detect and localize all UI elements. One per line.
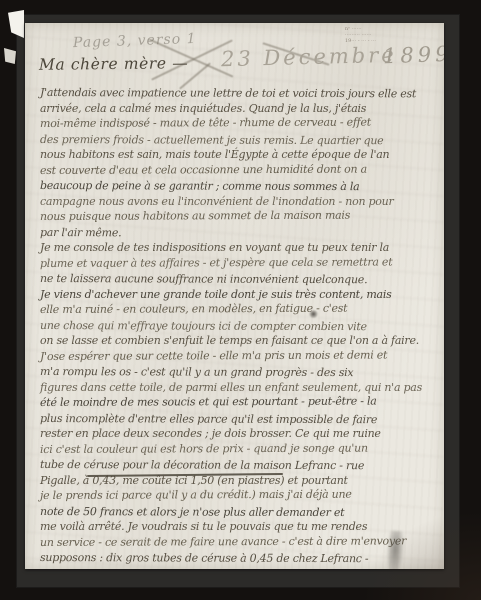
manuscript-line: je le prends ici parce qu'il y a du créd… (40, 486, 438, 503)
manuscript-line: est couverte d'eau et cela occasionne un… (40, 161, 438, 178)
letter-body: J'attendais avec impatience une lettre d… (40, 85, 438, 566)
manuscript-line: été le moindre de mes soucis et qui est … (40, 393, 438, 410)
photographed-letter-scene: Page 3, verso 1 nᵒ ⋯⋯ ⋯⋯⋯ ⋯⋯ 19⋯ - ⋯ - ⋯… (0, 0, 481, 600)
manuscript-line: par l'air même. (40, 225, 438, 242)
letter-page: Page 3, verso 1 nᵒ ⋯⋯ ⋯⋯⋯ ⋯⋯ 19⋯ - ⋯ - ⋯… (25, 23, 444, 569)
manuscript-line: Je me console de tes indispositions en v… (40, 240, 438, 256)
date-year: 1899 (383, 42, 444, 68)
manuscript-line: elle m'a ruiné - en couleurs, en modèles… (40, 300, 438, 317)
manuscript-line: un service - ce serait de me faire une a… (40, 533, 438, 550)
manuscript-line: m'a rompu les os - c'est qu'il y a un gr… (40, 364, 438, 381)
manuscript-line: tube de céruse pour la décoration de la … (40, 457, 438, 474)
manuscript-line: supposons : dix gros tubes de céruse à 0… (40, 550, 438, 567)
ink-blot (309, 310, 318, 318)
manuscript-line: note de 50 francs et alors je n'ose plus… (40, 504, 438, 521)
manuscript-line: plus incomplète d'entre elles parce qu'i… (40, 411, 438, 428)
manuscript-line: une chose qui m'effraye toujours ici de … (40, 318, 438, 335)
manuscript-line: beaucoup de peine à se garantir ; comme … (40, 178, 438, 195)
pencil-page-note: Page 3, verso 1 (73, 31, 197, 51)
manuscript-line: me voilà arrêté. Je voudrais si tu le po… (40, 519, 438, 535)
manuscript-line: nous puisque nous habitons au sommet de … (40, 207, 438, 224)
manuscript-line: ne te laissera aucune souffrance ni inco… (40, 271, 438, 288)
manuscript-line: rester en place deux secondes ; je dois … (40, 426, 438, 442)
ink-smudge (385, 530, 404, 569)
tape-fragment (4, 48, 16, 64)
salutation: Ma chère mère — (39, 54, 188, 74)
manuscript-line: moi-même indisposé - maux de tête - rhum… (40, 114, 438, 131)
manuscript-line: on se lasse et combien s'enfuit le temps… (40, 333, 438, 349)
archival-stamp: nᵒ ⋯⋯ ⋯⋯⋯ ⋯⋯ 19⋯ - ⋯ - ⋯ (345, 26, 376, 44)
manuscript-line: nous habitons est sain, mais toute l'Égy… (40, 147, 438, 163)
manuscript-line: des premiers froids - actuellement je su… (40, 132, 438, 149)
manuscript-line: ici c'est la couleur qui est hors de pri… (40, 440, 438, 457)
manuscript-line: plume et vaquer à tes affaires - et j'es… (40, 254, 438, 271)
manuscript-line: J'attendais avec impatience une lettre d… (40, 85, 438, 102)
manuscript-line: J'ose espérer que sur cette toile - elle… (40, 347, 438, 364)
tape-fragment (8, 10, 24, 38)
date-day-month: 23 Décembre (221, 43, 397, 72)
